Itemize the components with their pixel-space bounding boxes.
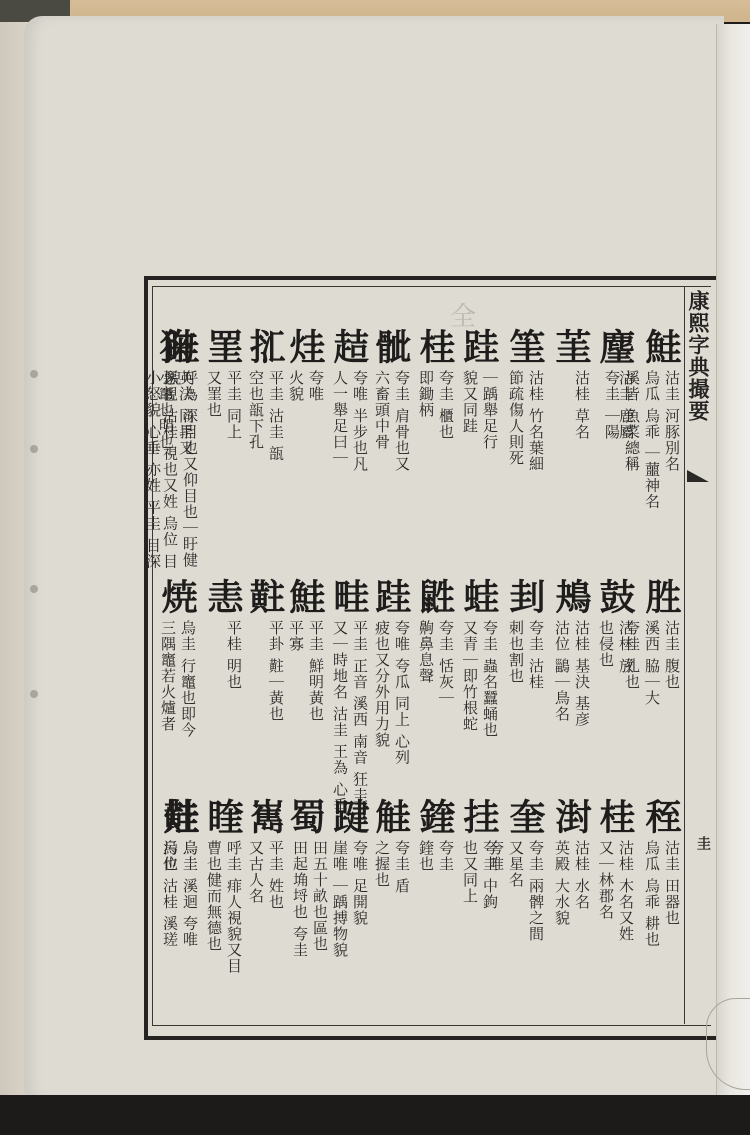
headword: 鼓 xyxy=(596,578,634,614)
gloss-block: 沽圭 鹿屬 xyxy=(617,370,634,440)
gloss-block: 夸圭 肩骨也又六畜頭中骨 xyxy=(373,370,410,472)
gloss-text: 烏圭 行竈也即今 xyxy=(179,620,196,738)
gloss-text: 夸唯 足開貌 xyxy=(351,840,368,958)
gloss-block: 沽桂 放也侵也 xyxy=(597,620,634,674)
headword: 麈 xyxy=(596,328,634,364)
gloss-text: 崖唯 ｜踽搏物貌 xyxy=(331,840,348,958)
gloss-text: 沽桂 草名 xyxy=(573,370,590,440)
page-stack-edge xyxy=(716,24,750,1104)
gloss-block: 夸圭 沽桂刺也割也 xyxy=(507,620,544,690)
gloss-text: 即鋤柄 xyxy=(417,370,434,440)
gloss-block: 沽圭 田器也烏瓜 烏乖 耕也 xyxy=(643,840,680,948)
gloss-text: 又｜時地名 沽圭 王為 心垂 xyxy=(331,620,348,813)
headword: 湗 xyxy=(552,798,590,834)
gloss-text: 污也 xyxy=(161,840,178,872)
gloss-block: 平圭 姓也又古人名 xyxy=(247,840,284,910)
gloss-text: 平圭 鮮明黃也 xyxy=(307,620,324,722)
binding-hole xyxy=(30,445,38,453)
gloss-text: 又罣也 xyxy=(205,370,222,440)
gloss-text: 呼圭 痱人視貌又目 xyxy=(225,840,242,974)
headword: 鼪 xyxy=(416,578,454,614)
gloss-block: 夸圭 櫃也即鋤柄 xyxy=(417,370,454,440)
headword: 黈 xyxy=(246,578,284,614)
headword: 秷 xyxy=(642,798,680,834)
gloss-text: 空也瓿下孔 xyxy=(247,370,264,462)
gloss-text: 齁鼻息聲 xyxy=(417,620,434,706)
gloss-text: 又古人名 xyxy=(247,840,264,910)
margin-title: 康熙字典撮要 xyxy=(686,290,710,422)
gloss-block: 平圭 同上又罣也 xyxy=(205,370,242,440)
gloss-text: 平圭 同上 xyxy=(225,370,242,440)
headword: 㹼 xyxy=(156,328,194,364)
headword: 跬 xyxy=(460,328,498,364)
headword: 鮭 xyxy=(286,578,324,614)
gloss-text: 曹也健而無德也 xyxy=(205,840,222,974)
gloss-text: 夸圭 櫃也 xyxy=(437,370,454,440)
gloss-text: 又星名 xyxy=(507,840,524,942)
gloss-block: 沽桂 木名又姓又｜林郡名 xyxy=(597,840,634,942)
gloss-block: 夸圭 恬灰｜齁鼻息聲 xyxy=(417,620,454,706)
gloss-text: 夸唯 夸瓜 同上 心列 xyxy=(393,620,410,765)
gloss-text: 也侵也 xyxy=(597,620,614,674)
gloss-text: 又｜林郡名 xyxy=(597,840,614,942)
gloss-block: 平卦 黈｜黃也 xyxy=(267,620,284,722)
gloss-text: 夸唯 半步也凡 xyxy=(351,370,368,472)
gloss-text: 又青｜即竹根蛇 xyxy=(461,620,478,738)
gloss-text: 英決 同䁀又 xyxy=(177,370,194,456)
binding-hole xyxy=(30,585,38,593)
gloss-block: 沽圭 河豚別名烏瓜 烏乖 ｜蘁神名溪皆 魚菜總稱夸圭 ｜陽 xyxy=(603,370,680,510)
headword: 鴂 xyxy=(552,578,590,614)
gloss-text: 夸唯 xyxy=(307,370,324,402)
gloss-text: 平圭 沽圭 瓿 xyxy=(267,370,284,462)
headword: 罣 xyxy=(204,328,242,364)
headword: 畦 xyxy=(330,578,368,614)
gloss-text: 夸圭 肩骨也又 xyxy=(393,370,410,472)
headword: 嶲 xyxy=(246,798,284,834)
gloss-block: ｜踽舉足行貌又同跬 xyxy=(461,370,498,450)
headword: 胜 xyxy=(642,578,680,614)
headword: 烓 xyxy=(286,328,324,364)
gloss-text: 沽桂 基決 基彦 xyxy=(573,620,590,728)
fish-tail-mark-icon xyxy=(687,470,709,482)
gloss-block: 夸圭鍷也 xyxy=(417,840,454,872)
gloss-text: 田五十畝也區也 xyxy=(311,840,328,958)
gloss-text: 烏瓜 烏乖 ｜蘁神名 xyxy=(643,370,660,510)
gloss-text: 六畜頭中骨 xyxy=(373,370,390,472)
headword: 骴 xyxy=(372,328,410,364)
headword: 㧟 xyxy=(246,328,284,364)
headword: 鍷 xyxy=(416,798,454,834)
gloss-block: 沽桂 水名英殿 大水貌 xyxy=(553,840,590,926)
gloss-text: 疲也又分外用力貌 xyxy=(373,620,390,765)
headword: 挂 xyxy=(460,798,498,834)
gloss-block: 平桂 明也 xyxy=(225,620,242,690)
headword: 筀 xyxy=(506,328,544,364)
gloss-block: 平圭 正音 溪西 南音 狂圭又｜時地名 沽圭 王為 心垂 xyxy=(331,620,368,813)
gloss-text: 夸圭 xyxy=(437,840,454,872)
gloss-text: 夸圭 中鉤 xyxy=(481,840,498,910)
gloss-block: 沽桂 草名 xyxy=(573,370,590,440)
gloss-block: 夸唯 足開貌崖唯 ｜踽搏物貌田五十畝也區也田起埆埒也 夸圭 xyxy=(291,840,368,958)
gloss-text: 英殿 大水貌 xyxy=(553,840,570,926)
headword: 睳 xyxy=(204,798,242,834)
headword: 鮭 xyxy=(642,328,680,364)
headword: 桂 xyxy=(596,798,634,834)
gloss-text: 三隅竈若火爐者 xyxy=(159,620,176,738)
headword: 趌 xyxy=(330,328,368,364)
gloss-text: 夸圭 蟲名蠶蛹也 xyxy=(481,620,498,738)
gloss-block: 沽桂 基決 基彦沽位 鶅｜鳥名 xyxy=(553,620,590,728)
gloss-text: 沽圭 田器也 xyxy=(663,840,680,948)
gloss-block: 夸圭 中鉤也又同上 xyxy=(461,840,498,910)
headword: 踺 xyxy=(330,798,368,834)
gloss-block: 烏圭污也 xyxy=(161,840,198,872)
gloss-text: 夸圭 兩髀之間 xyxy=(527,840,544,942)
gloss-text: 貌又同跬 xyxy=(461,370,478,450)
gloss-block: 夸圭 盾之握也 xyxy=(373,840,410,894)
bottom-shadow xyxy=(0,1095,750,1135)
headword: 茥 xyxy=(552,328,590,364)
gloss-text: 夸圭 沽桂 xyxy=(527,620,544,690)
gloss-text: 平圭 姓也 xyxy=(267,840,284,910)
page-number: 圭 xyxy=(693,836,713,850)
gloss-text: 烏圭 xyxy=(181,840,198,872)
headword: 刲 xyxy=(506,578,544,614)
gloss-block: 沽桂 竹名葉細節疏傷人則死 xyxy=(507,370,544,472)
headword: 跬 xyxy=(372,578,410,614)
gloss-text: 田起埆埒也 夸圭 xyxy=(291,840,308,958)
gloss-text: 平圭 正音 溪西 南音 狂圭 xyxy=(351,620,368,813)
gloss-text: 節疏傷人則死 xyxy=(507,370,524,472)
gloss-text: 也又同上 xyxy=(461,840,478,910)
gloss-text: 人一舉足曰｜ xyxy=(331,370,348,472)
gloss-text: 沽圭 河豚別名 xyxy=(663,370,680,510)
gloss-text: 沽桂 竹名葉細 xyxy=(527,370,544,472)
gloss-text: 平卦 黈｜黃也 xyxy=(267,620,284,722)
headword: 蛙 xyxy=(460,578,498,614)
gloss-block: 夸唯 夸瓜 同上 心列疲也又分外用力貌 xyxy=(373,620,410,765)
gloss-text: 烏瓜 烏乖 耕也 xyxy=(643,840,660,948)
gloss-text: 沽圭 鹿屬 xyxy=(617,370,634,440)
gloss-block: 夸唯火貌 xyxy=(287,370,324,402)
gloss-text: 小竈也明也 xyxy=(157,370,174,456)
gloss-text: 沽位 鶅｜鳥名 xyxy=(553,620,570,728)
gloss-text: 火貌 xyxy=(287,370,304,402)
gloss-block: 英決 同䁀又小竈也明也 xyxy=(157,370,194,456)
gloss-text: 平桂 明也 xyxy=(225,620,242,690)
gloss-block: 夸唯 半步也凡人一舉足曰｜ xyxy=(331,370,368,472)
gloss-text: 沽圭 腹也 xyxy=(663,620,680,706)
gloss-text: ｜踽舉足行 xyxy=(481,370,498,450)
gloss-block: 夸圭 蟲名蠶蛹也又青｜即竹根蛇 xyxy=(461,620,498,738)
headword: 觟 xyxy=(372,798,410,834)
binding-hole xyxy=(30,370,38,378)
headword: 黊 xyxy=(160,798,198,834)
gloss-text: 平寡 xyxy=(287,620,304,722)
gloss-text: 刺也割也 xyxy=(507,620,524,690)
headword: 恚 xyxy=(204,578,242,614)
gloss-text: 之握也 xyxy=(373,840,390,894)
gloss-text: 鍷也 xyxy=(417,840,434,872)
gloss-text: 沽桂 放 xyxy=(617,620,634,674)
gloss-text: 沽桂 水名 xyxy=(573,840,590,926)
headword: 焼 xyxy=(158,578,196,614)
headword: 蜀 xyxy=(286,798,324,834)
gloss-block: 呼圭 痱人視貌又目曹也健而無德也 xyxy=(205,840,242,974)
gloss-block: 平圭 沽圭 瓿空也瓿下孔 xyxy=(247,370,284,462)
gloss-text: 沽桂 木名又姓 xyxy=(617,840,634,942)
gloss-text: 溪西 脇｜大 xyxy=(643,620,660,706)
headword: 奎 xyxy=(506,798,544,834)
gloss-text: 夸圭 盾 xyxy=(393,840,410,894)
gloss-block: 烏圭 行竈也即今三隅竈若火爐者 xyxy=(159,620,196,738)
binding-hole xyxy=(30,690,38,698)
headword: 桂 xyxy=(416,328,454,364)
gloss-block: 平圭 鮮明黃也平寡 xyxy=(287,620,324,722)
gloss-text: 夸圭 恬灰｜ xyxy=(437,620,454,706)
